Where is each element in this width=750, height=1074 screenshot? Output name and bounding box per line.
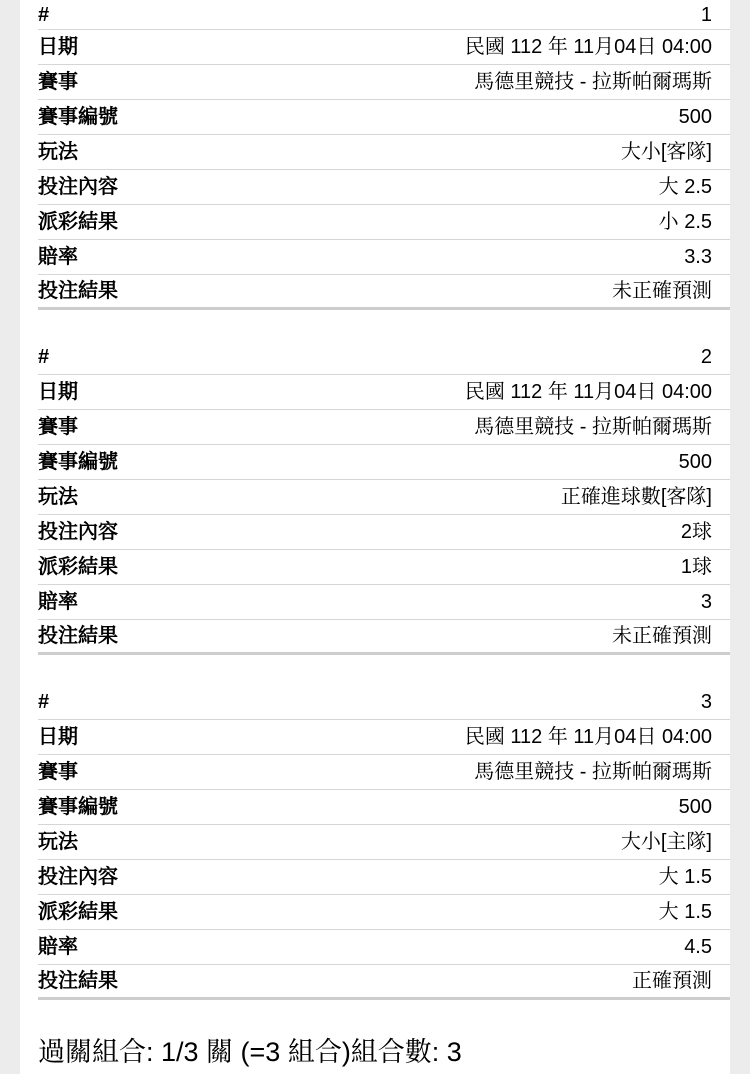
label-bet-content: 投注內容 [38,867,118,887]
row-bet-content: 投注內容 大 1.5 [38,860,730,895]
row-odds: 賠率 4.5 [38,930,730,965]
bet-history-page: # 1 日期 民國 112 年 11月04日 04:00 賽事 馬德里競技 - … [20,0,730,1074]
row-event-no: 賽事編號 500 [38,445,730,480]
value-id: 1 [701,5,712,25]
label-id: # [38,5,49,25]
row-odds: 賠率 3 [38,585,730,620]
row-odds: 賠率 3.3 [38,240,730,275]
bet-record-1: # 1 日期 民國 112 年 11月04日 04:00 賽事 馬德里競技 - … [20,0,730,310]
row-event: 賽事 馬德里競技 - 拉斯帕爾瑪斯 [38,410,730,445]
row-bet-result: 投注結果 未正確預測 [38,275,730,310]
row-event-no: 賽事編號 500 [38,790,730,825]
label-play: 玩法 [38,832,78,852]
row-id: # 2 [38,340,730,375]
value-date: 民國 112 年 11月04日 04:00 [465,727,712,747]
value-bet-result: 未正確預測 [612,626,712,646]
label-bet-result: 投注結果 [38,626,118,646]
label-id: # [38,692,49,712]
value-odds: 3 [701,592,712,612]
label-bet-content: 投注內容 [38,522,118,542]
row-event-no: 賽事編號 500 [38,100,730,135]
value-event: 馬德里競技 - 拉斯帕爾瑪斯 [474,417,712,437]
label-play: 玩法 [38,142,78,162]
value-payout-result: 小 2.5 [659,212,712,232]
row-payout-result: 派彩結果 大 1.5 [38,895,730,930]
row-bet-content: 投注內容 2球 [38,515,730,550]
label-date: 日期 [38,727,78,747]
row-date: 日期 民國 112 年 11月04日 04:00 [38,375,730,410]
value-event: 馬德里競技 - 拉斯帕爾瑪斯 [474,72,712,92]
row-event: 賽事 馬德里競技 - 拉斯帕爾瑪斯 [38,755,730,790]
row-event: 賽事 馬德里競技 - 拉斯帕爾瑪斯 [38,65,730,100]
value-event-no: 500 [679,797,712,817]
row-date: 日期 民國 112 年 11月04日 04:00 [38,30,730,65]
value-play: 大小[主隊] [621,832,712,852]
label-odds: 賠率 [38,937,78,957]
value-bet-content: 大 1.5 [659,867,712,887]
bet-record-2: # 2 日期 民國 112 年 11月04日 04:00 賽事 馬德里競技 - … [20,340,730,655]
row-play: 玩法 大小[主隊] [38,825,730,860]
value-id: 2 [701,347,712,367]
row-play: 玩法 正確進球數[客隊] [38,480,730,515]
label-play: 玩法 [38,487,78,507]
value-bet-result: 未正確預測 [612,281,712,301]
row-payout-result: 派彩結果 1球 [38,550,730,585]
row-bet-result: 投注結果 正確預測 [38,965,730,1000]
row-id: # 1 [38,0,730,30]
label-bet-result: 投注結果 [38,971,118,991]
value-odds: 4.5 [684,937,712,957]
label-bet-content: 投注內容 [38,177,118,197]
bet-record-3: # 3 日期 民國 112 年 11月04日 04:00 賽事 馬德里競技 - … [20,685,730,1000]
label-date: 日期 [38,37,78,57]
row-id: # 3 [38,685,730,720]
value-event-no: 500 [679,107,712,127]
label-payout-result: 派彩結果 [38,557,118,577]
value-event-no: 500 [679,452,712,472]
label-payout-result: 派彩結果 [38,902,118,922]
label-odds: 賠率 [38,592,78,612]
value-payout-result: 1球 [681,557,712,577]
row-date: 日期 民國 112 年 11月04日 04:00 [38,720,730,755]
row-bet-result: 投注結果 未正確預測 [38,620,730,655]
label-id: # [38,347,49,367]
label-event-no: 賽事編號 [38,107,118,127]
row-play: 玩法 大小[客隊] [38,135,730,170]
label-payout-result: 派彩結果 [38,212,118,232]
value-play: 大小[客隊] [621,142,712,162]
value-play: 正確進球數[客隊] [561,487,712,507]
value-bet-content: 2球 [681,522,712,542]
label-odds: 賠率 [38,247,78,267]
label-event: 賽事 [38,72,78,92]
value-bet-content: 大 2.5 [659,177,712,197]
label-event-no: 賽事編號 [38,797,118,817]
value-bet-result: 正確預測 [632,971,712,991]
row-payout-result: 派彩結果 小 2.5 [38,205,730,240]
label-event: 賽事 [38,762,78,782]
value-event: 馬德里競技 - 拉斯帕爾瑪斯 [474,762,712,782]
value-payout-result: 大 1.5 [659,902,712,922]
label-event: 賽事 [38,417,78,437]
value-date: 民國 112 年 11月04日 04:00 [465,37,712,57]
value-id: 3 [701,692,712,712]
value-date: 民國 112 年 11月04日 04:00 [465,382,712,402]
label-bet-result: 投注結果 [38,281,118,301]
parlay-summary: 過關組合: 1/3 關 (=3 組合)組合數: 3 [38,1030,712,1069]
value-odds: 3.3 [684,247,712,267]
label-event-no: 賽事編號 [38,452,118,472]
label-date: 日期 [38,382,78,402]
row-bet-content: 投注內容 大 2.5 [38,170,730,205]
